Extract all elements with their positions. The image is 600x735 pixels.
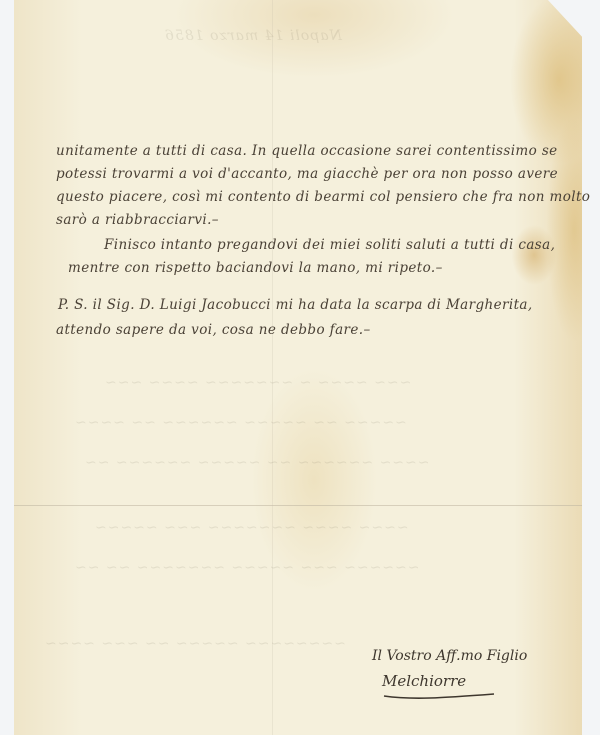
- body-line: unitamente a tutti di casa. In quella oc…: [56, 143, 558, 159]
- body-line: sarò a riabbracciarvi.–: [56, 212, 219, 228]
- closing-line: Finisco intanto pregandovi dei miei soli…: [104, 237, 555, 253]
- postscript-line: attendo sapere da voi, cosa ne debbo far…: [56, 322, 371, 338]
- bleed-through-text: ~~~~~~ ~~~ ~~~~~ ~~~~~~~ ~~ ~~: [74, 560, 420, 576]
- bleed-through-text: ~~~~ ~~~~ ~~~~~~~ ~~~ ~~~~~: [94, 520, 409, 536]
- letter-page: Napoli 14 marzo 1856 ~~~ ~~~~ ~ ~~~~~~~ …: [14, 0, 582, 735]
- body-line: questo piacere, così mi contento di bear…: [56, 189, 590, 205]
- vertical-fold-line: [272, 0, 273, 735]
- horizontal-fold-line: [14, 505, 582, 506]
- closing-line: mentre con rispetto baciandovi la mano, …: [68, 260, 443, 276]
- postscript-line: P. S. il Sig. D. Luigi Jacobucci mi ha d…: [58, 297, 533, 313]
- signature-flourish-icon: [382, 688, 502, 700]
- valediction: Il Vostro Aff.mo Figlio: [372, 648, 527, 664]
- bleed-through-date: Napoli 14 marzo 1856: [164, 28, 342, 44]
- bleed-through-text: ~~~~~ ~~ ~~~~~ ~~~~~~ ~~ ~~~~: [74, 415, 407, 431]
- bleed-through-text: ~~~~~~~~ ~~~~~ ~~ ~~~ ~~~~: [44, 636, 346, 652]
- body-line: potessi trovarmi a voi d'accanto, ma gia…: [56, 166, 558, 182]
- bleed-through-text: ~~~ ~~~~ ~ ~~~~~~~ ~~~~ ~~~: [104, 375, 411, 391]
- bleed-through-text: ~~~~ ~~~~~~ ~~ ~~~~~ ~~~~~~ ~~: [84, 455, 430, 471]
